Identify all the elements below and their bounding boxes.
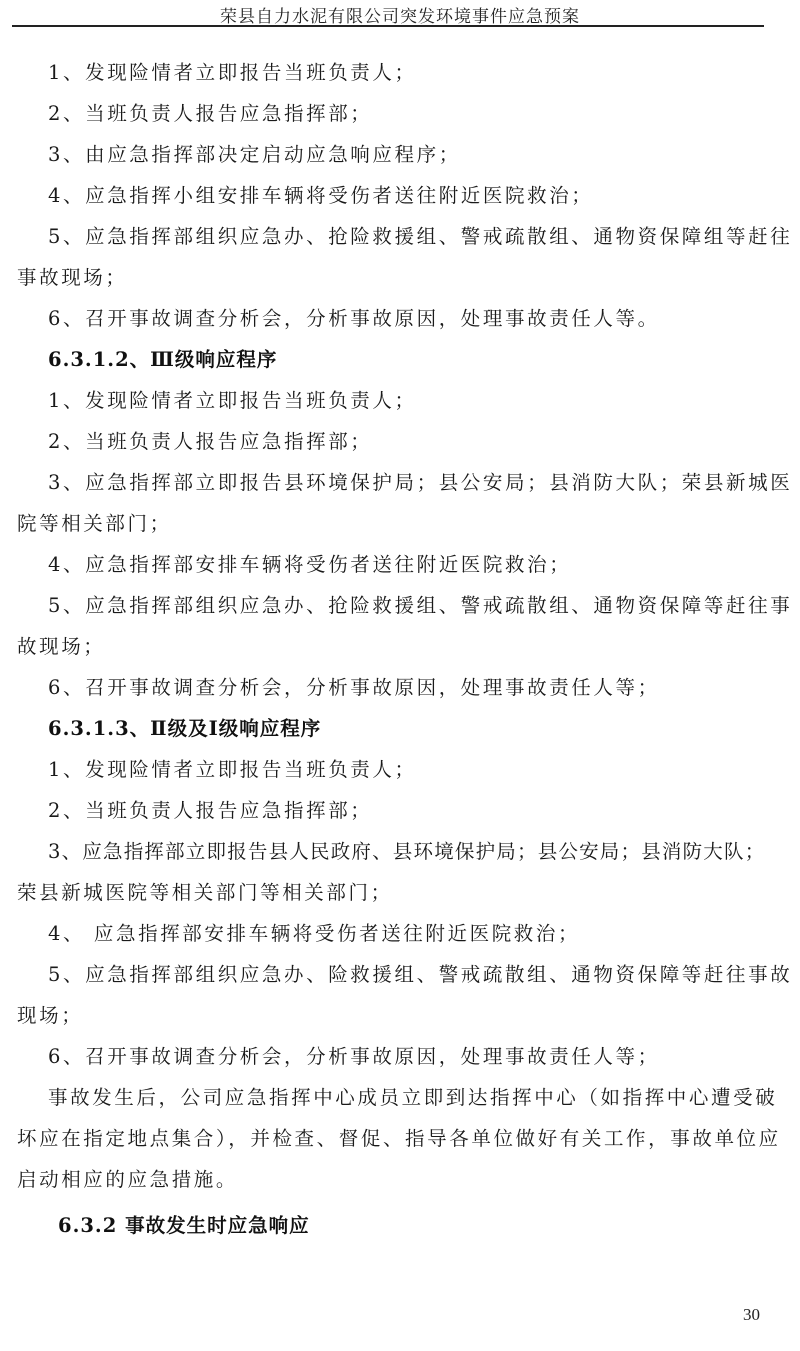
section-heading-6-3-2: 6.3.2 事故发生时应急响应 bbox=[58, 1210, 310, 1238]
list-item: 2、当班负责人报告应急指挥部； bbox=[48, 426, 372, 454]
section-heading-6-3-1-3: 6.3.1.3、Ⅱ级及Ⅰ级响应程序 bbox=[48, 713, 321, 741]
list-item: 3、应急指挥部立即报告县环境保护局；县公安局；县消防大队；荣县新城医 bbox=[48, 467, 792, 495]
list-item: 2、当班负责人报告应急指挥部； bbox=[48, 98, 372, 126]
list-item: 6、召开事故调查分析会，分析事故原因，处理事故责任人等。 bbox=[48, 303, 660, 331]
list-item-continuation: 院等相关部门； bbox=[17, 508, 172, 536]
paragraph-line: 启动相应的应急措施。 bbox=[17, 1164, 238, 1192]
list-item: 6、召开事故调查分析会，分析事故原因，处理事故责任人等； bbox=[48, 672, 660, 700]
list-item: 4、应急指挥部安排车辆将受伤者送往附近医院救治； bbox=[48, 549, 571, 577]
list-item: 4、 应急指挥部安排车辆将受伤者送往附近医院救治； bbox=[48, 918, 580, 946]
list-item-continuation: 现场； bbox=[17, 1000, 83, 1028]
section-heading-6-3-1-2: 6.3.1.2、Ⅲ级响应程序 bbox=[48, 344, 277, 372]
page-number: 30 bbox=[743, 1305, 760, 1325]
list-item: 3、应急指挥部立即报告县人民政府、县环境保护局；县公安局；县消防大队； bbox=[48, 836, 765, 864]
list-item: 1、发现险情者立即报告当班负责人； bbox=[48, 754, 417, 782]
list-item: 3、由应急指挥部决定启动应急响应程序； bbox=[48, 139, 461, 167]
list-item-continuation: 荣县新城医院等相关部门等相关部门； bbox=[17, 877, 393, 905]
list-item: 2、当班负责人报告应急指挥部； bbox=[48, 795, 372, 823]
list-item-continuation: 故现场； bbox=[17, 631, 105, 659]
list-item-continuation: 事故现场； bbox=[17, 262, 128, 290]
document-title: 荣县自力水泥有限公司突发环境事件应急预案 bbox=[0, 2, 800, 27]
list-item: 1、发现险情者立即报告当班负责人； bbox=[48, 385, 417, 413]
list-item: 6、召开事故调查分析会，分析事故原因，处理事故责任人等； bbox=[48, 1041, 660, 1069]
list-item: 1、发现险情者立即报告当班负责人； bbox=[48, 57, 417, 85]
paragraph-line: 事故发生后，公司应急指挥中心成员立即到达指挥中心（如指挥中心遭受破 bbox=[48, 1082, 777, 1110]
list-item: 5、应急指挥部组织应急办、抢险救援组、警戒疏散组、通物资保障等赶往事 bbox=[48, 590, 792, 618]
header-divider bbox=[12, 25, 764, 27]
paragraph-line: 坏应在指定地点集合），并检查、督促、指导各单位做好有关工作，事故单位应 bbox=[17, 1123, 781, 1151]
list-item: 4、应急指挥小组安排车辆将受伤者送往附近医院救治； bbox=[48, 180, 593, 208]
list-item: 5、应急指挥部组织应急办、险救援组、警戒疏散组、通物资保障等赶往事故 bbox=[48, 959, 792, 987]
list-item: 5、应急指挥部组织应急办、抢险救援组、警戒疏散组、通物资保障组等赶往 bbox=[48, 221, 792, 249]
